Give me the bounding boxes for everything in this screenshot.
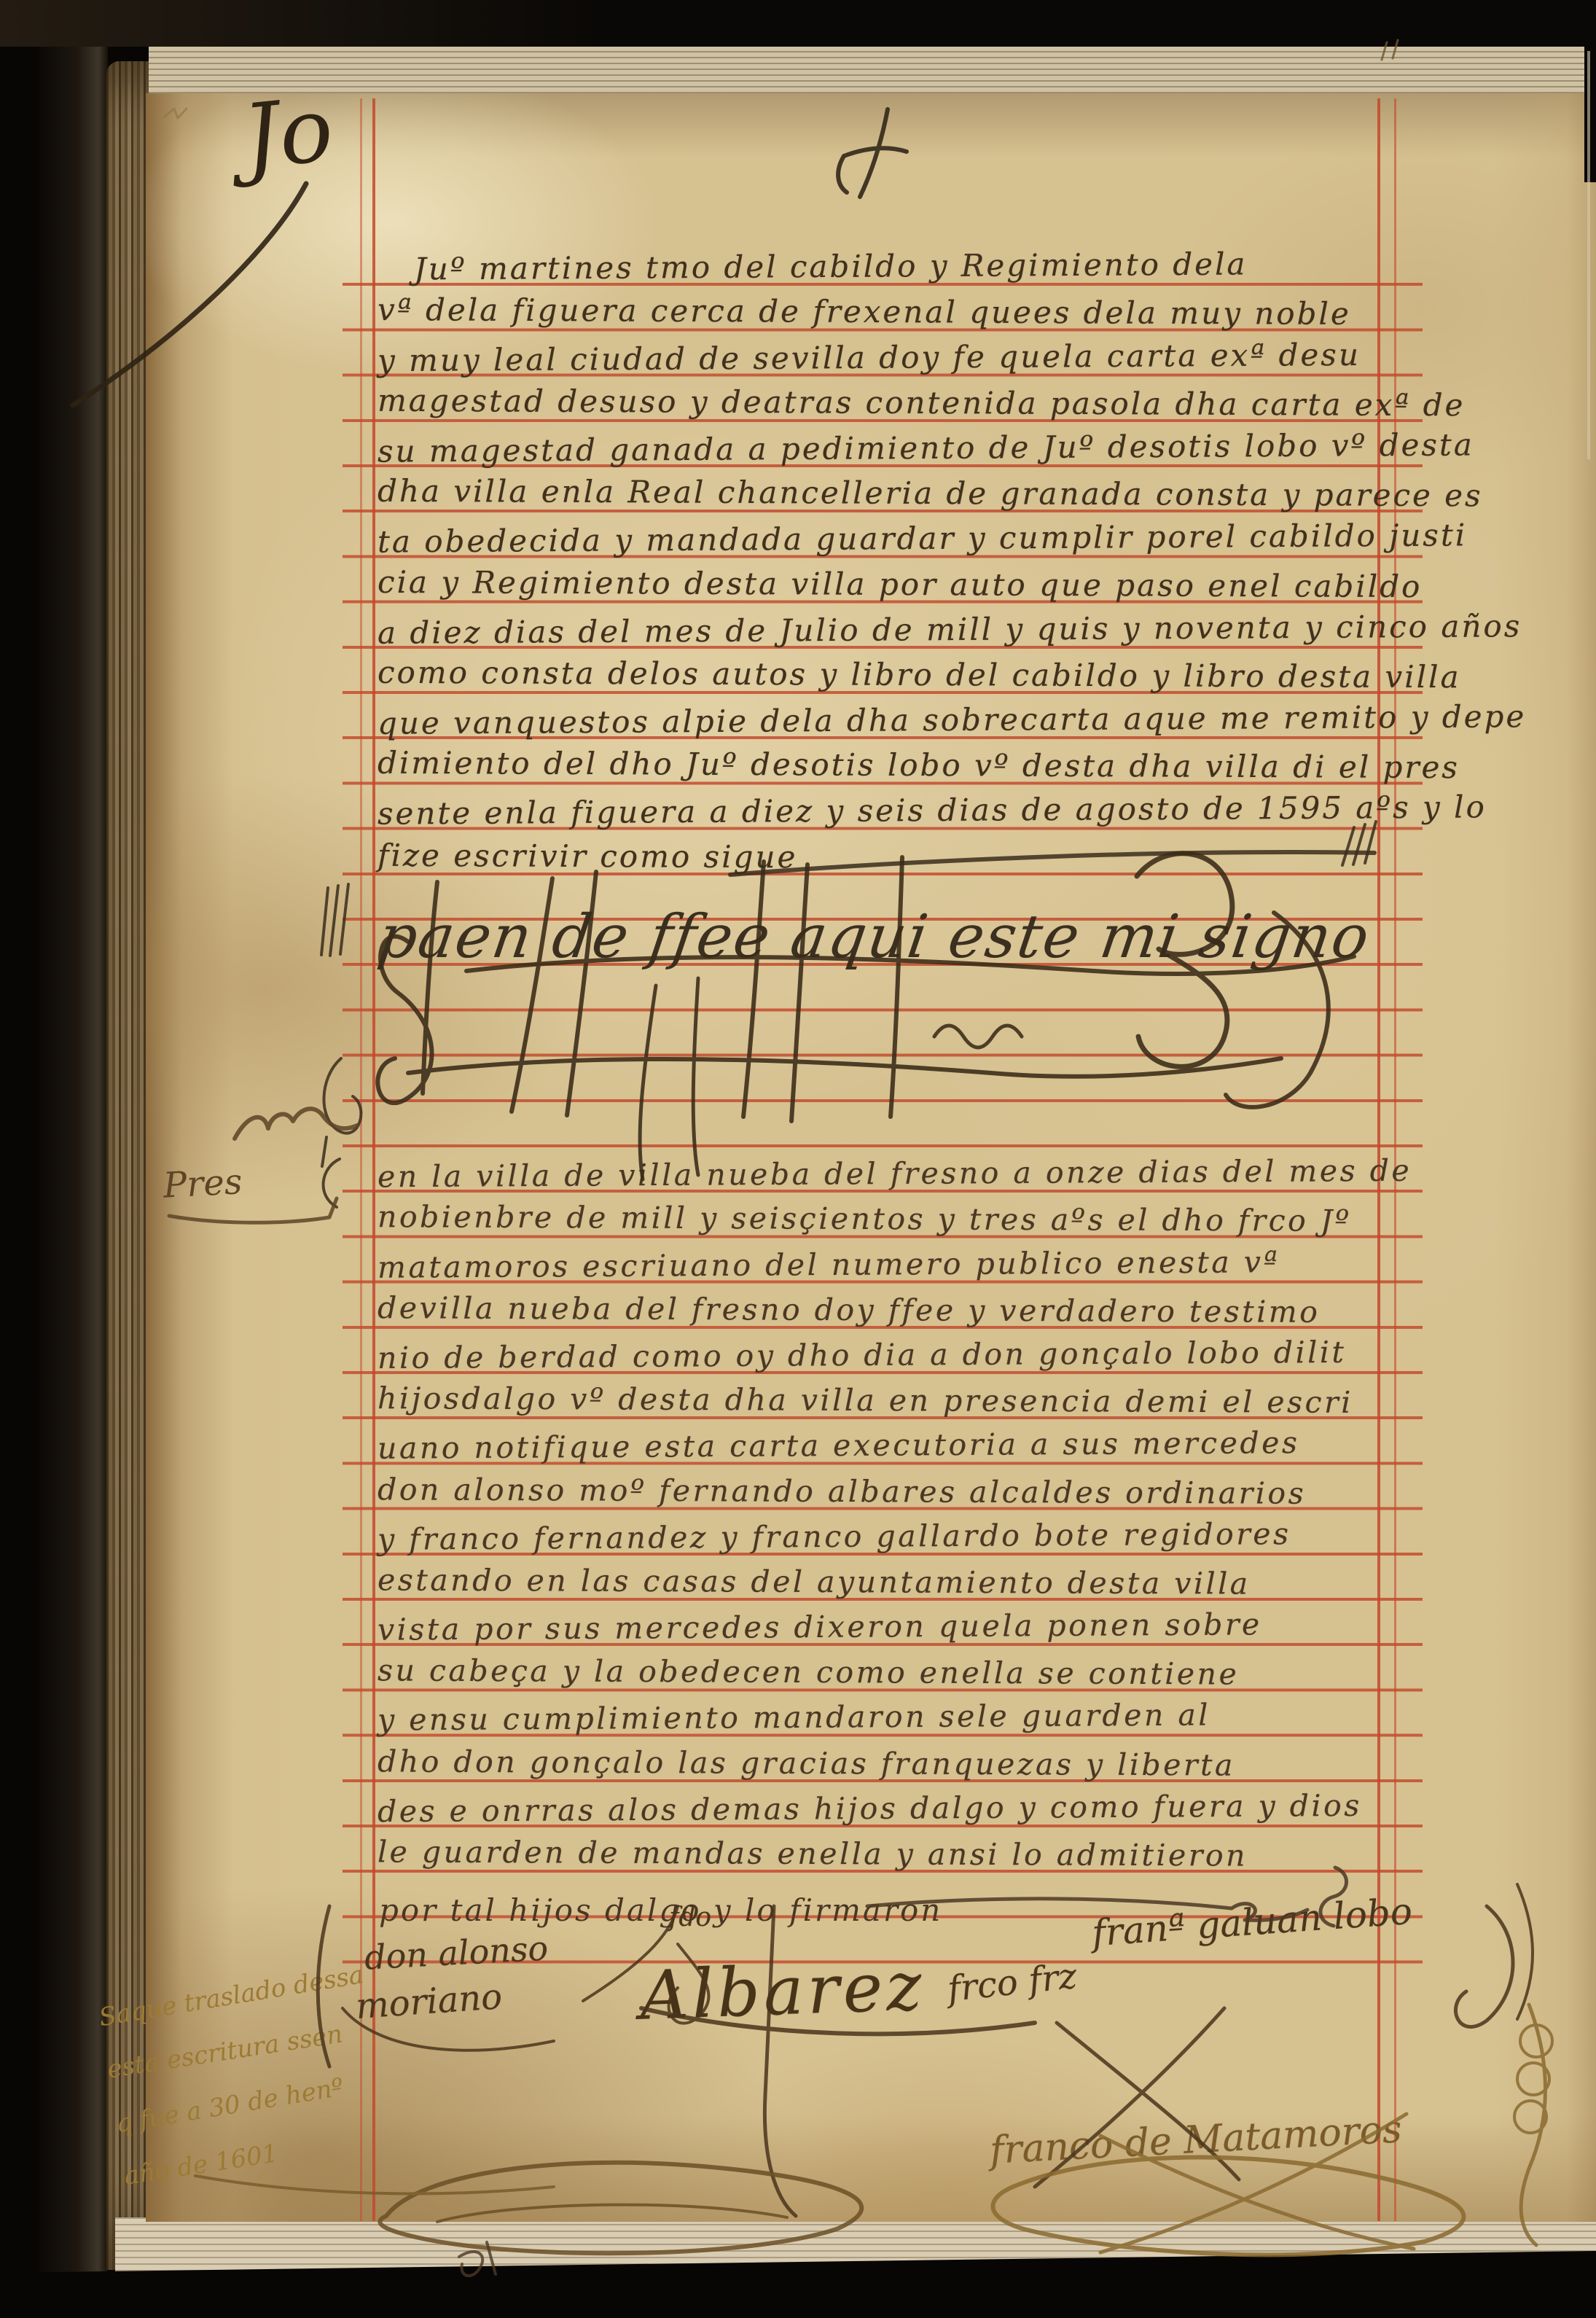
manuscript-text-line: hijosdalgo vº desta dha villa en presenc…: [378, 1374, 1398, 1419]
manuscript-text-line: dha villa enla Real chancelleria de gran…: [378, 467, 1398, 512]
manuscript-text-line: nobienbre de mill y seisçientos y tres a…: [378, 1193, 1398, 1238]
manuscript-text-line: des e onrras alos demas hijos dalgo y co…: [378, 1782, 1398, 1827]
manuscript-text-line: don alonso moº fernando albares alcaldes…: [378, 1464, 1398, 1510]
manuscript-text-line: y ensu cumplimiento mandaron sele guarde…: [378, 1691, 1398, 1736]
manuscript-text-line: magestad desuso y deatras contenida paso…: [378, 377, 1398, 422]
notarial-attestation-line: paen de ffee aqui este mi signo: [374, 902, 1374, 972]
manuscript-photo: Jo Juº martines tmo del cabildo y Regimi…: [0, 0, 1596, 2318]
manuscript-text-line: sente enla figuera a diez y seis dias de…: [378, 784, 1398, 830]
background-right-corner: [1584, 0, 1596, 182]
paragraph-2: en la villa de villa nueba del fresno a …: [378, 1147, 1398, 1873]
manuscript-text-line: y muy leal ciudad de sevilla doy fe quel…: [378, 331, 1398, 376]
manuscript-text-line: vª dela figuera cerca de frexenal quees …: [378, 286, 1398, 331]
opening-initial: Jo: [238, 77, 338, 190]
manuscript-text-line: estando en las casas del ayuntamiento de…: [378, 1556, 1398, 1601]
manuscript-text-line: en la villa de villa nueba del fresno a …: [378, 1147, 1398, 1193]
margin-note-pres: Pres: [163, 1161, 243, 1206]
manuscript-text-line: a diez dias del mes de Julio de mill y q…: [378, 604, 1398, 649]
paragraph-1: Juº martines tmo del cabildo y Regimient…: [378, 241, 1398, 875]
manuscript-text-line: devilla nueba del fresno doy ffee y verd…: [378, 1284, 1398, 1329]
manuscript-text-line: dho don gonçalo las gracias franquezas y…: [378, 1736, 1398, 1782]
book-cover-spine: [39, 19, 108, 2299]
manuscript-text-line: fize escrivir como sigue: [378, 830, 1398, 875]
manuscript-text-line: matamoros escriuano del numero publico e…: [378, 1238, 1398, 1283]
margin-rule-left-outer: [360, 98, 362, 2221]
manuscript-text-line: le guarden de mandas enella y ansi lo ad…: [378, 1827, 1398, 1873]
page-fore-edge-highlight: [1587, 51, 1590, 459]
manuscript-text-line: dimiento del dho Juº desotis lobo vº des…: [378, 739, 1398, 784]
signature-albarez: Albarez: [638, 1947, 926, 2035]
page-stack-edges-top: [149, 45, 1596, 96]
manuscript-text-line: nio de berdad como oy dho dia a don gonç…: [378, 1329, 1398, 1374]
margin-rule-left-inner: [372, 98, 375, 2221]
manuscript-text-line: uano notifique esta carta executoria a s…: [378, 1419, 1398, 1464]
manuscript-text-line: ta obedecida y mandada guardar y cumplir…: [378, 512, 1398, 558]
manuscript-text-line: y franco fernandez y franco gallardo bot…: [378, 1510, 1398, 1556]
manuscript-text-line: Juº martines tmo del cabildo y Regimient…: [378, 241, 1398, 286]
signature-fernando-abbrev: fdo: [669, 1903, 711, 1932]
manuscript-text-line: su cabeça y la obedecen como enella se c…: [378, 1646, 1398, 1691]
page-stack-edges-left: [106, 61, 150, 2270]
manuscript-text-line: su magestad ganada a pedimiento de Juº d…: [378, 422, 1398, 467]
background-top: [0, 0, 1596, 47]
manuscript-text-line: vista por sus mercedes dixeron quela pon…: [378, 1601, 1398, 1646]
manuscript-text-line: que vanquestos alpie dela dha sobrecarta…: [378, 694, 1398, 739]
manuscript-text-line: cia y Regimiento desta villa por auto qu…: [378, 558, 1398, 603]
manuscript-text-line: como consta delos autos y libro del cabi…: [378, 649, 1398, 694]
